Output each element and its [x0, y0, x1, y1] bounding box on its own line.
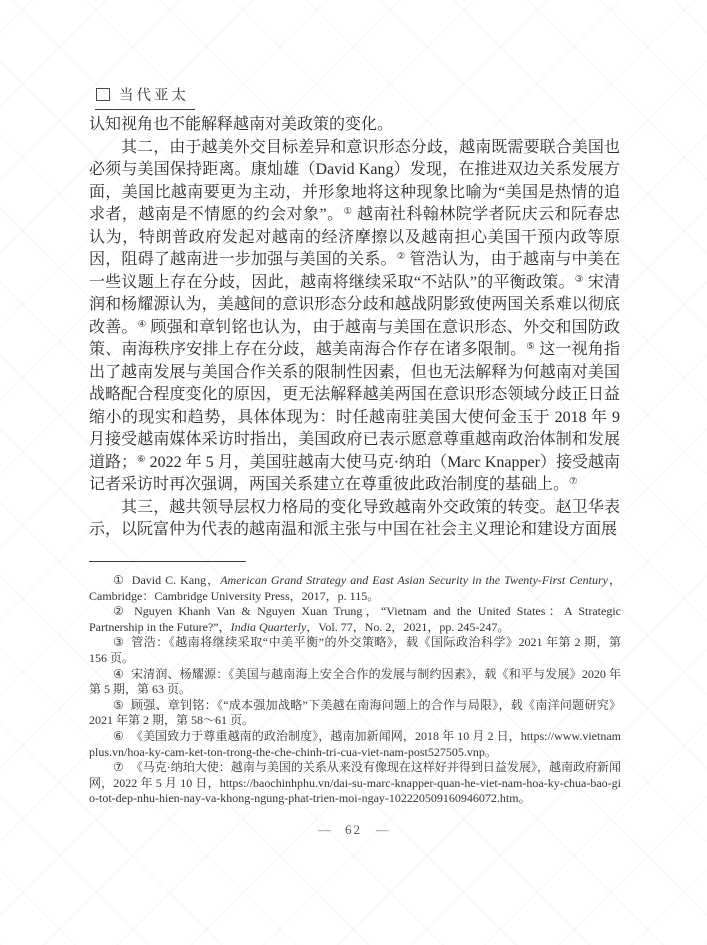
footnote-text: ，Vol. 77，No. 2，2021，pp. 245-247。	[306, 620, 509, 634]
footnotes-section: ①David C. Kang，American Grand Strategy a…	[89, 573, 621, 807]
page-number: 62	[345, 822, 362, 837]
body-paragraph: 其三，越共领导层权力格局的变化导致越南外交政策的转变。赵卫华表示，以阮富仲为代表…	[89, 497, 620, 542]
footnote-separator	[89, 561, 246, 562]
footnote: ②Nguyen Khanh Van & Nguyen Xuan Trung，“V…	[89, 604, 621, 635]
page: 当代亚太 认知视角也不能解释越南对美政策的变化。其二，由于越美外交目标差异和意识…	[0, 0, 707, 945]
footnote-text: David C. Kang，	[132, 573, 220, 587]
footnote-ref: ④	[138, 320, 147, 330]
journal-header: 当代亚太	[95, 84, 195, 110]
footer-dash-right: —	[376, 822, 389, 837]
footnote: ⑥《美国致力于尊重越南的政治制度》，越南加新闻网，2018 年 10 月 2 日…	[89, 729, 621, 760]
body-paragraph: 其二，由于越美外交目标差异和意识形态分歧，越南既需要联合美国也必须与美国保持距离…	[89, 137, 620, 497]
footnote-text: 宋清润、杨耀源：《美国与越南海上安全合作的发展与制约因素》，载《和平与发展》20…	[89, 667, 621, 697]
footnote: ④宋清润、杨耀源：《美国与越南海上安全合作的发展与制约因素》，载《和平与发展》2…	[89, 667, 621, 698]
footnote: ⑦《马克·纳珀大使：越南与美国的关系从来没有像现在这样好并得到日益发展》，越南政…	[89, 760, 621, 807]
footnote-text: 管浩：《越南将继续采取“中美平衡”的外交策略》，载《国际政治科学》2021 年第…	[89, 635, 621, 665]
footnote-ref: ②	[397, 252, 406, 262]
footnote-marker: ④	[113, 667, 124, 681]
footnote-ref: ⑥	[137, 455, 146, 465]
journal-square-icon	[96, 88, 110, 101]
footnote-text: 。	[485, 745, 497, 759]
journal-name: 当代亚太	[119, 84, 189, 105]
footnote-marker: ⑤	[113, 698, 124, 712]
footnote-marker: ①	[113, 573, 125, 587]
footnote-ref: ⑦	[569, 477, 578, 487]
footnote-marker: ③	[113, 635, 124, 649]
footnote: ⑤顾强、章钊铭：《“成本强加战略”下美越在南海问题上的合作与局限》，载《南洋问题…	[89, 698, 621, 729]
footnote-ref: ①	[344, 207, 353, 217]
footnote-marker: ⑥	[113, 729, 124, 743]
footnote-text: 顾强、章钊铭：《“成本强加战略”下美越在南海问题上的合作与局限》，载《南洋问题研…	[89, 698, 621, 728]
body-paragraph: 认知视角也不能解释越南对美政策的变化。	[89, 114, 620, 137]
footer-dash-left: —	[318, 822, 331, 837]
footnote-text: 《美国致力于尊重越南的政治制度》，越南加新闻网，2018 年 10 月 2 日，	[131, 729, 521, 743]
footnote-ref: ③	[575, 275, 584, 285]
footnote-work-title: American Grand Strategy and East Asian S…	[220, 573, 608, 587]
footnote: ①David C. Kang，American Grand Strategy a…	[89, 573, 621, 604]
footnote-ref: ⑤	[526, 342, 535, 352]
footnote: ③管浩：《越南将继续采取“中美平衡”的外交策略》，载《国际政治科学》2021 年…	[89, 635, 621, 666]
body-text: 认知视角也不能解释越南对美政策的变化。其二，由于越美外交目标差异和意识形态分歧，…	[89, 114, 620, 542]
footnote-marker: ⑦	[113, 760, 124, 774]
footnotes-list: ①David C. Kang，American Grand Strategy a…	[89, 573, 621, 807]
page-footer: —62—	[0, 822, 707, 838]
footnote-text: 。	[519, 791, 531, 805]
footnote-marker: ②	[113, 604, 127, 618]
footnote-work-title: India Quarterly	[231, 620, 307, 634]
